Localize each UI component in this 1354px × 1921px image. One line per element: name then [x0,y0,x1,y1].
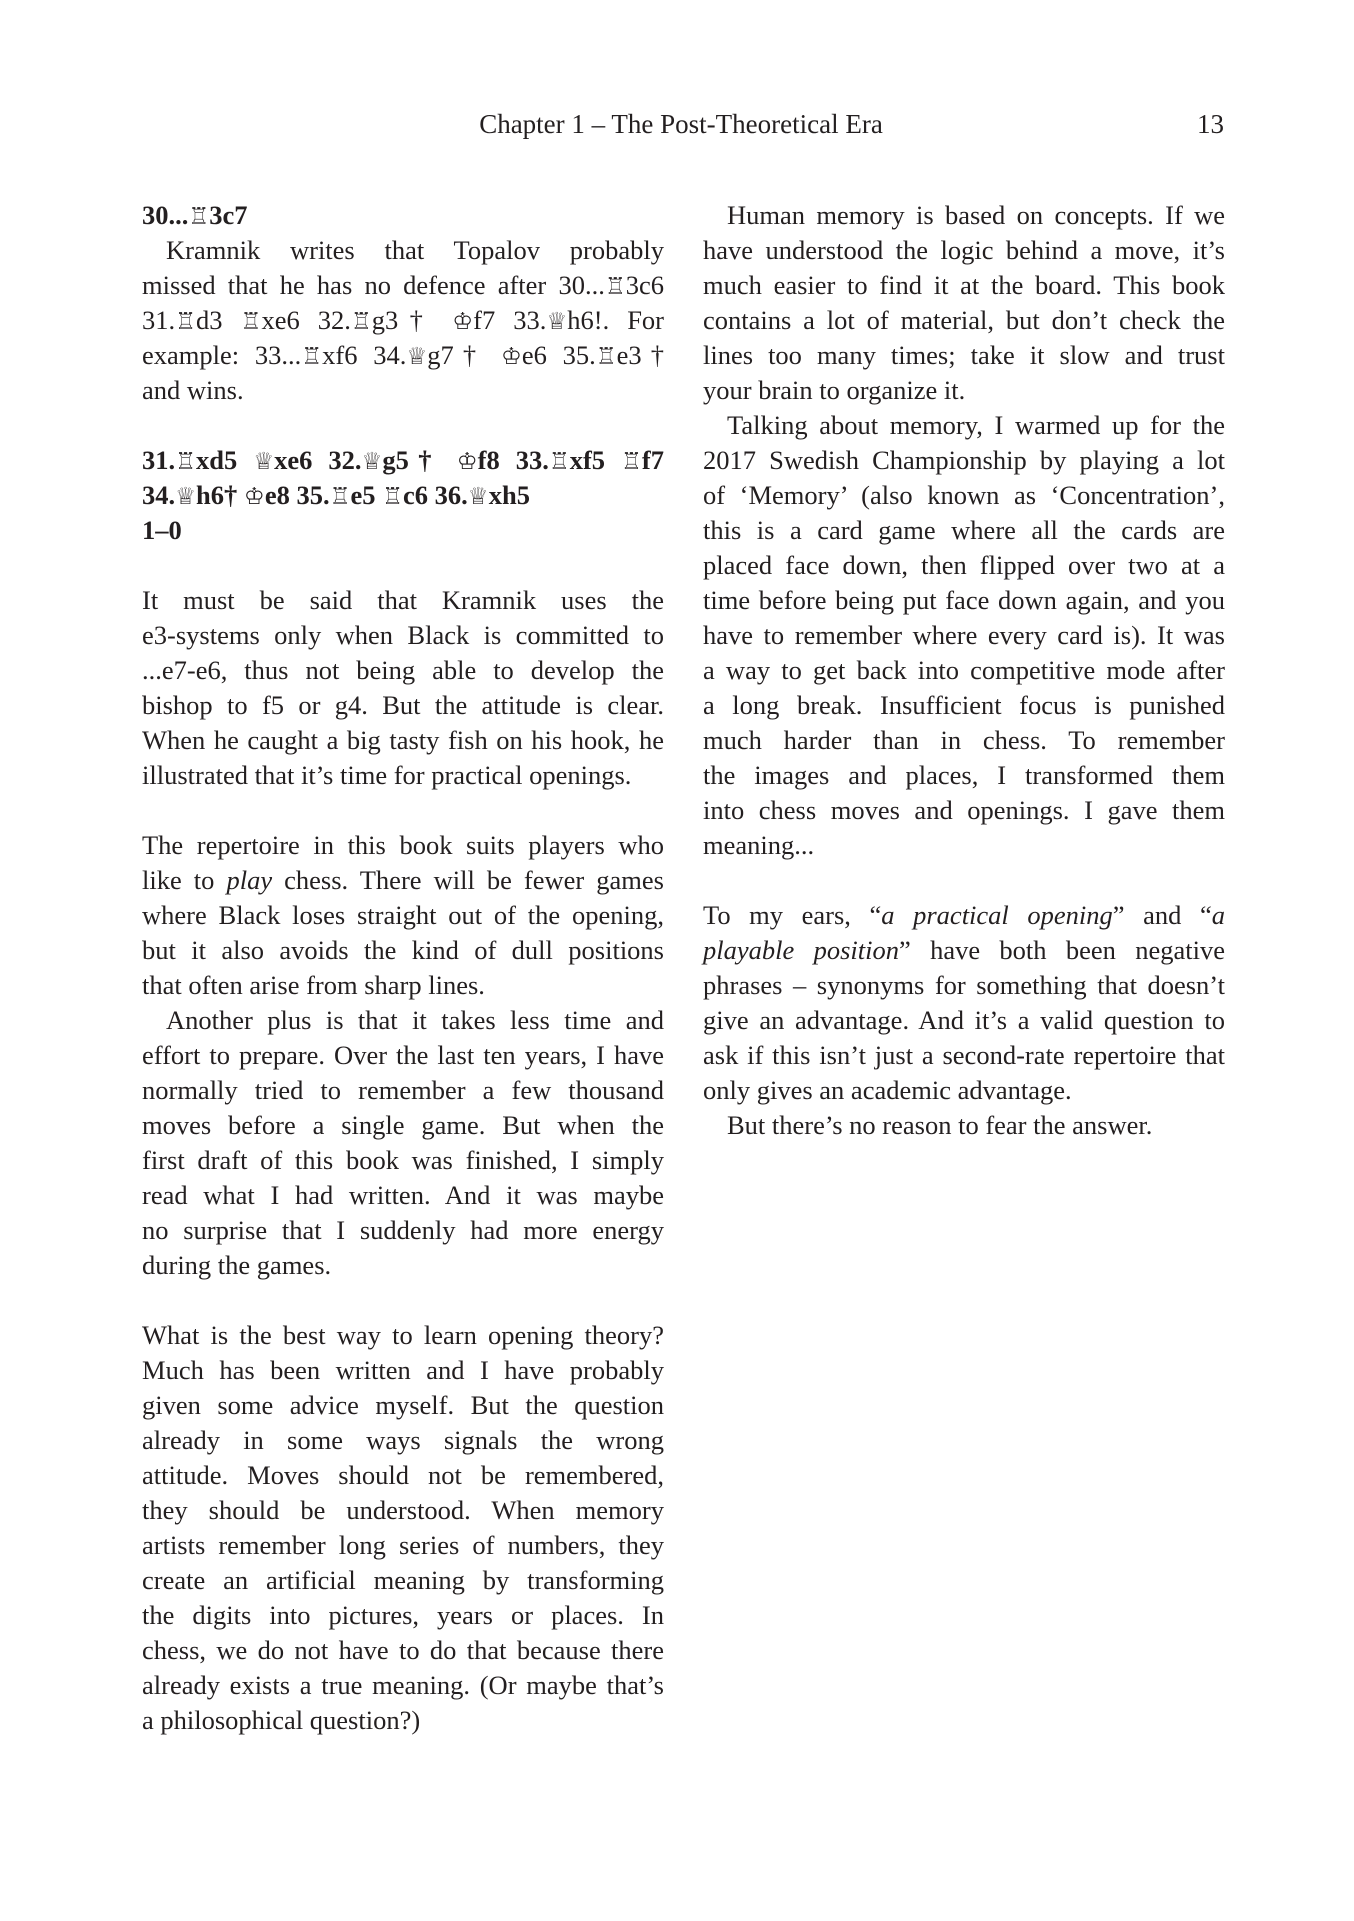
game-moves: 31.♖xd5 ♕xe6 32.♕g5† ♔f8 33.♖xf5 ♖f7 34.… [142,443,664,548]
text-line: already in some ways signals the wrong [142,1423,664,1458]
text-line: of ‘Memory’ (also known as ‘Concentratio… [703,478,1225,513]
text-line: It must be said that Kramnik uses the [142,583,664,618]
spacer [142,548,664,583]
text-run: ” have both been negative [899,935,1225,965]
text-run: To my ears, “ [703,900,881,930]
text-line: create an artificial meaning by transfor… [142,1563,664,1598]
text-line: contains a lot of material, but don’t ch… [703,303,1225,338]
chess-piece-icon: ♖ [382,483,403,510]
text-line: missed that he has no defence after 30..… [142,268,664,303]
text-line: The repertoire in this book suits player… [142,828,664,863]
chess-piece-icon: ♕ [546,308,567,335]
kramnik-systems-paragraph: It must be said that Kramnik uses the e3… [142,583,664,793]
text-line: What is the best way to learn opening th… [142,1318,664,1353]
text-run: like to [142,865,226,895]
text-line: artists remember long series of numbers,… [142,1528,664,1563]
kramnik-note-paragraph: Kramnik writes that Topalov probably mis… [142,233,664,408]
text-line: have understood the logic behind a move,… [703,233,1225,268]
text-line: To my ears, “a practical opening” and “a [703,898,1225,933]
text-line: ...e7-e6, thus not being able to develop… [142,653,664,688]
chess-piece-icon: ♖ [621,448,642,475]
text-line: attitude. Moves should not be remembered… [142,1458,664,1493]
chess-piece-icon: ♕ [175,483,196,510]
text-line: much harder than in chess. To remember [703,723,1225,758]
page-number: 13 [1197,106,1224,142]
human-memory-paragraph: Human memory is based on concepts. If we… [703,198,1225,408]
text-line: and wins. [142,373,664,408]
text-line: a philosophical question?) [142,1703,664,1738]
text-line: bishop to f5 or g4. But the attitude is … [142,688,664,723]
chess-piece-icon: ♖ [175,448,196,475]
text-line: placed face down, then flipped over two … [703,548,1225,583]
text-line: Kramnik writes that Topalov probably [142,233,664,268]
text-line: Human memory is based on concepts. If we [703,198,1225,233]
chess-piece-icon: ♕ [253,448,274,475]
text-line: Much has been written and I have probabl… [142,1353,664,1388]
text-line: 31.♖d3 ♖xe6 32.♖g3† ♔f7 33.♕h6!. For [142,303,664,338]
text-line: this is a card game where all the cards … [703,513,1225,548]
emphasis-practical-opening: a practical opening [881,900,1112,930]
text-line: no surprise that I suddenly had more ene… [142,1213,664,1248]
text-line: playable position” have both been negati… [703,933,1225,968]
chess-piece-icon: ♖ [241,308,262,335]
emphasis-play: play [226,865,272,895]
text-line: given some advice myself. But the questi… [142,1388,664,1423]
text-line: phrases – synonyms for something that do… [703,968,1225,1003]
text-line: a long break. Insufficient focus is puni… [703,688,1225,723]
text-line: where Black loses straight out of the op… [142,898,664,933]
chess-piece-icon: ♕ [361,448,382,475]
text-line: the digits into pictures, years or place… [142,1598,664,1633]
move-heading: 30...♖3c7 [142,198,664,233]
text-line: first draft of this book was finished, I… [142,1143,664,1178]
right-column: Human memory is based on concepts. If we… [703,198,1225,1143]
text-line: effort to prepare. Over the last ten yea… [142,1038,664,1073]
text-line: normally tried to remember a few thousan… [142,1073,664,1108]
text-line: moves before a single game. But when the [142,1108,664,1143]
text-line: give an advantage. And it’s a valid ques… [703,1003,1225,1038]
chess-piece-icon: ♖ [175,308,196,335]
chess-piece-icon: ♖ [596,343,617,370]
text-line: they should be understood. When memory [142,1493,664,1528]
text-line: read what I had written. And it was mayb… [142,1178,664,1213]
spacer [142,408,664,443]
chess-piece-icon: ♖ [351,308,372,335]
spacer [142,1283,664,1318]
text-line: ask if this isn’t just a second-rate rep… [703,1038,1225,1073]
text-line: example: 33...♖xf6 34.♕g7† ♔e6 35.♖e3† [142,338,664,373]
text-line: e3-systems only when Black is committed … [142,618,664,653]
text-line: into chess moves and openings. I gave th… [703,793,1225,828]
emphasis-a: a [1212,900,1225,930]
chess-piece-icon: ♖ [549,448,570,475]
text-line: When he caught a big tasty fish on his h… [142,723,664,758]
text-line: during the games. [142,1248,664,1283]
spacer [703,863,1225,898]
spacer [142,793,664,828]
text-line: time before being put face down again, a… [703,583,1225,618]
text-line: chess, we do not have to do that because… [142,1633,664,1668]
left-column: 30...♖3c7 Kramnik writes that Topalov pr… [142,198,664,1738]
chapter-title: Chapter 1 – The Post-Theoretical Era [458,106,904,142]
text-line: that often arise from sharp lines. [142,968,664,1003]
emphasis-playable-position: playable position [703,935,899,965]
text-line: have to remember where every card is). I… [703,618,1225,653]
text-line: a way to get back into competitive mode … [703,653,1225,688]
chess-piece-icon: ♕ [468,483,489,510]
text-line: but it also avoids the kind of dull posi… [142,933,664,968]
chess-piece-icon: ♔ [244,483,265,510]
answer-paragraph: But there’s no reason to fear the answer… [703,1108,1225,1143]
repertoire-paragraph: The repertoire in this book suits player… [142,828,664,1003]
another-plus-paragraph: Another plus is that it takes less time … [142,1003,664,1283]
text-line: much easier to find it at the board. Thi… [703,268,1225,303]
text-run: chess. There will be fewer games [272,865,664,895]
chess-piece-icon: ♔ [501,343,522,370]
text-line: lines too many times; take it slow and t… [703,338,1225,373]
talking-memory-paragraph: Talking about memory, I warmed up for th… [703,408,1225,863]
ears-paragraph: To my ears, “a practical opening” and “a… [703,898,1225,1108]
chess-piece-icon: ♖ [330,483,351,510]
moves-line: 34.♕h6† ♔e8 35.♖e5 ♖c6 36.♕xh5 [142,478,664,513]
text-line: meaning... [703,828,1225,863]
best-way-paragraph: What is the best way to learn opening th… [142,1318,664,1738]
chess-piece-icon: ♔ [452,308,473,335]
chess-piece-icon: ♖ [301,343,322,370]
chess-piece-icon: ♔ [457,448,478,475]
chess-piece-icon: ♖ [605,273,626,300]
text-line: your brain to organize it. [703,373,1225,408]
text-line: only gives an academic advantage. [703,1073,1225,1108]
text-line: Another plus is that it takes less time … [142,1003,664,1038]
running-head: Chapter 1 – The Post-Theoretical Era 13 [0,106,1354,142]
game-result: 1–0 [142,513,664,548]
text-line: already exists a true meaning. (Or maybe… [142,1668,664,1703]
text-line: illustrated that it’s time for practical… [142,758,664,793]
text-line: the images and places, I transformed the… [703,758,1225,793]
text-run: ” and “ [1113,900,1212,930]
text-line: Talking about memory, I warmed up for th… [703,408,1225,443]
moves-line: 31.♖xd5 ♕xe6 32.♕g5† ♔f8 33.♖xf5 ♖f7 [142,443,664,478]
text-line: like to play chess. There will be fewer … [142,863,664,898]
chess-piece-icon: ♕ [406,343,427,370]
chess-piece-icon: ♖ [188,203,209,230]
text-line: 2017 Swedish Championship by playing a l… [703,443,1225,478]
